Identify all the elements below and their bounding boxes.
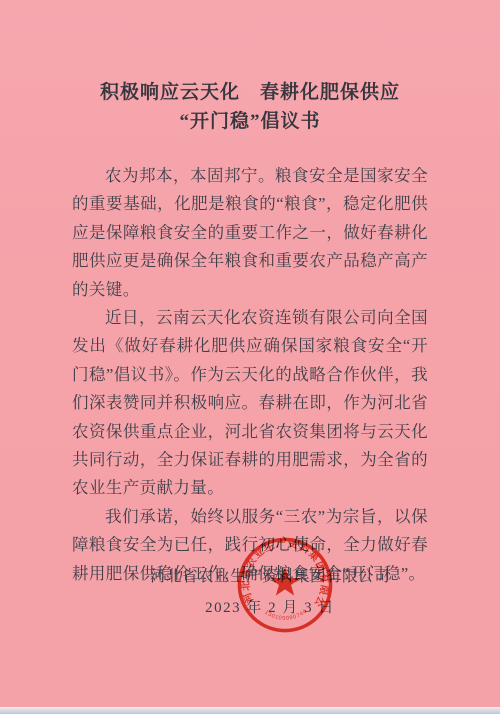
signature-company-name: 河北省农业生产资料集团有限公司 bbox=[40, 564, 500, 586]
title-line-2: “开门稳”倡议书 bbox=[0, 107, 500, 136]
document-body: 农为邦本，本固邦宁。粮食安全是国家安全的重要基础，化肥是粮食的“粮食”，稳定化肥… bbox=[72, 162, 428, 588]
signature-date: 2023 年 2 月 3 日 bbox=[40, 596, 500, 617]
scan-bottom-edge bbox=[0, 707, 500, 714]
proposal-letter-page: 积极响应云天化 春耕化肥保供应 “开门稳”倡议书 农为邦本，本固邦宁。粮食安全是… bbox=[0, 0, 500, 714]
signature-block: 河北省农业生产资料集团有限公司 2023 年 2 月 3 日 bbox=[40, 564, 500, 617]
paragraph-2: 近日，云南云天化农资连锁有限公司向全国发出《做好春耕化肥供应确保国家粮食安全“开… bbox=[72, 304, 428, 503]
title-line-1: 积极响应云天化 春耕化肥保供应 bbox=[0, 78, 500, 107]
document-title: 积极响应云天化 春耕化肥保供应 “开门稳”倡议书 bbox=[0, 78, 500, 136]
paragraph-1: 农为邦本，本固邦宁。粮食安全是国家安全的重要基础，化肥是粮食的“粮食”，稳定化肥… bbox=[72, 162, 428, 304]
